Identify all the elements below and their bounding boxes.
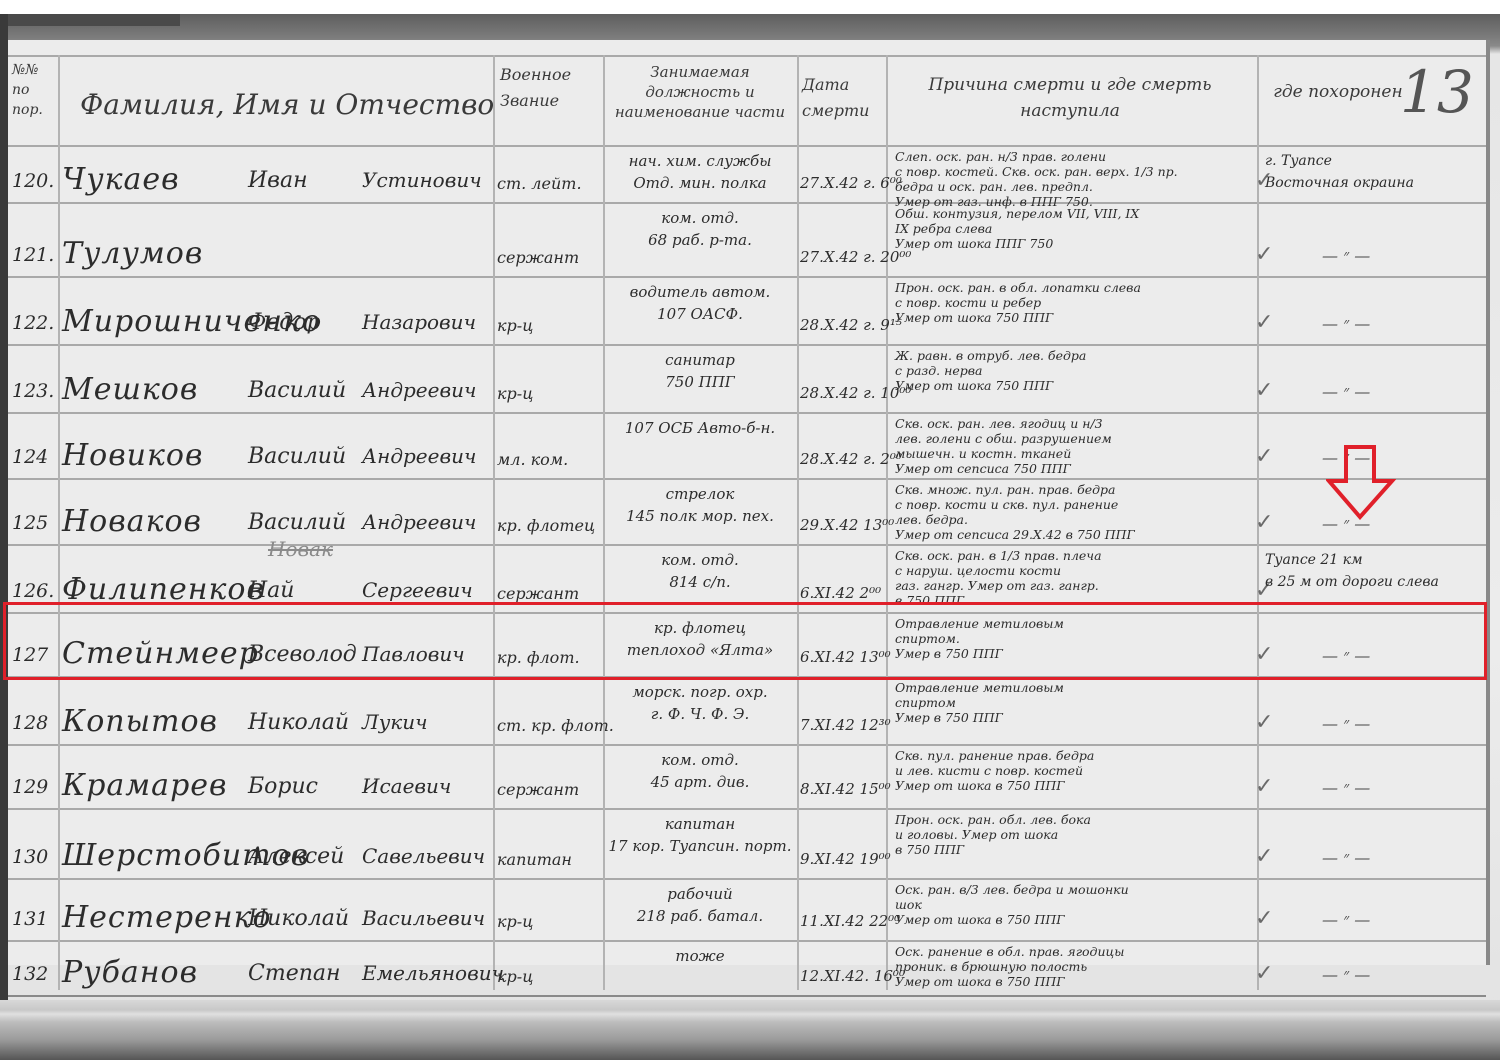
patronymic: Устинович (362, 168, 482, 192)
death-date: 6.XI.42 2⁰⁰ (800, 584, 881, 602)
military-rank: кр-ц (497, 967, 533, 986)
position-line-1: санитар (605, 349, 795, 371)
military-rank: сержант (497, 780, 579, 799)
cause-line: с повр. костей. Скв. оск. ран. верх. 1/3… (895, 164, 1250, 179)
death-date: 28.X.42 г. 2⁰⁰ (800, 450, 902, 468)
position-line-1: рабочий (605, 883, 795, 905)
first-name: Борис (248, 774, 318, 799)
row-number: 123. (12, 380, 54, 402)
cause-line: Умер в 750 ППГ (895, 710, 1250, 725)
military-rank: мл. ком. (497, 450, 568, 469)
row-number: 126. (12, 580, 54, 602)
cause-line: Скв. оск. ран. лев. ягодиц и н/3 (895, 416, 1250, 431)
military-rank: кр. флотец (497, 516, 595, 535)
cause-line: спиртом (895, 695, 1250, 710)
rule-bottom (8, 995, 1486, 997)
first-name: Василий (248, 378, 346, 403)
cause-line: газ. гангр. Умер от газ. гангр. (895, 578, 1250, 593)
cause-of-death: Отравление метиловымспиртомУмер в 750 ПП… (895, 680, 1250, 725)
death-date: 7.XI.42 12³⁰ (800, 716, 891, 734)
surname: Новаков (62, 504, 202, 539)
first-name: Федор (248, 310, 321, 335)
burial-ditto: — ״ — (1322, 848, 1370, 868)
position-line-2: 218 раб. батал. (605, 905, 795, 927)
down-arrow-icon (1326, 445, 1396, 520)
page-number: 13 (1400, 58, 1474, 126)
row-number: 122. (12, 312, 54, 334)
cause-line: с разд. нерва (895, 363, 1250, 378)
burial-line-2: в 25 м от дороги слева (1265, 571, 1439, 593)
cause-line: Умер от шока в 750 ППГ (895, 912, 1250, 927)
row-number: 132 (12, 963, 48, 985)
row-number: 128 (12, 712, 48, 734)
position: морск. погр. охр. г. Ф. Ч. Ф. Э. (605, 681, 795, 725)
rule (8, 544, 1486, 546)
cause-line: лев. бедра. (895, 512, 1250, 527)
highlighted-row-box (3, 602, 1487, 680)
patronymic: Исаевич (362, 774, 451, 798)
position: стрелок 145 полк мор. пех. (605, 483, 795, 527)
row-number: 130 (12, 846, 48, 868)
first-name: Василий (248, 510, 346, 535)
cause-of-death: Скв. оск. ран. лев. ягодиц и н/3лев. гол… (895, 416, 1250, 476)
patronymic: Сергеевич (362, 578, 473, 602)
row-number: 124 (12, 446, 48, 468)
patronymic: Емельянович (362, 961, 504, 985)
rule (8, 344, 1486, 346)
first-name: Василий (248, 444, 346, 469)
cause-line: Отравление метиловым (895, 680, 1250, 695)
position: ком. отд. 45 арт. див. (605, 749, 795, 793)
cause-line: Прон. оск. ран. обл. лев. бока (895, 812, 1250, 827)
cause-line: Прон. оск. ран. в обл. лопатки слева (895, 280, 1250, 295)
cause-of-death: Слеп. оск. ран. н/3 прав. голенис повр. … (895, 149, 1250, 209)
burial-ditto: — ״ — (1322, 314, 1370, 334)
cause-line: IX ребра слева (895, 221, 1250, 236)
rule (8, 412, 1486, 414)
cause-line: Обш. контузия, перелом VII, VIII, IX (895, 206, 1250, 221)
burial-line-1: Туапсе 21 км (1265, 549, 1439, 571)
row-number: 125 (12, 512, 48, 534)
cause-line: Умер от сепсиса 29.X.42 в 750 ППГ (895, 527, 1250, 542)
header-position: Занимаемая должность и наименование част… (606, 62, 794, 122)
cause-line: Слеп. оск. ран. н/3 прав. голени (895, 149, 1250, 164)
first-name: Иван (248, 168, 308, 193)
military-rank: капитан (497, 850, 572, 869)
cause-line: бедра и оск. ран. лев. предпл. (895, 179, 1250, 194)
patronymic: Андреевич (362, 510, 476, 534)
surname: Копытов (62, 704, 218, 739)
position-line-1: капитан (605, 813, 795, 835)
cause-line: Умер от шока 750 ППГ (895, 378, 1250, 393)
surname: Тулумов (62, 236, 203, 271)
check-mark: ✓ (1255, 378, 1273, 403)
death-date: 8.XI.42 15⁰⁰ (800, 780, 891, 798)
row-number: 121. (12, 244, 54, 266)
rule (8, 878, 1486, 880)
page-bottom-edge (0, 1000, 1500, 1060)
header-number: №№ по пор. (12, 60, 56, 120)
surname: Чукаев (62, 162, 180, 197)
military-rank: ст. кр. флот. (497, 716, 614, 735)
patronymic: Андреевич (362, 378, 476, 402)
position: капитан 17 кор. Туапсин. порт. (605, 813, 795, 857)
cause-line: Умер от шока в 750 ППГ (895, 974, 1250, 989)
position-line-1: морск. погр. охр. (605, 681, 795, 703)
first-name: Николай (248, 906, 349, 931)
cause-of-death: Прон. оск. ран. в обл. лопатки слевас по… (895, 280, 1250, 325)
position-line-2: тоже (605, 945, 795, 967)
position: санитар 750 ППГ (605, 349, 795, 393)
cause-line: Умер от шока 750 ППГ (895, 310, 1250, 325)
burial-ditto: — ״ — (1322, 778, 1370, 798)
cause-line: с наруш. целости кости (895, 563, 1250, 578)
position: ком. отд. 814 с/п. (605, 549, 795, 593)
cause-line: проник. в брюшную полость (895, 959, 1250, 974)
check-mark: ✓ (1255, 906, 1273, 931)
military-rank: кр-ц (497, 316, 533, 335)
cause-line: в 750 ППГ (895, 842, 1250, 857)
surname: Мешков (62, 372, 198, 407)
cause-line: Скв. оск. ран. в 1/3 прав. плеча (895, 548, 1250, 563)
rule (8, 940, 1486, 942)
patronymic: Васильевич (362, 906, 485, 930)
cause-of-death: Прон. оск. ран. обл. лев. бокаи головы. … (895, 812, 1250, 857)
burial-line-1: г. Туапсе (1265, 150, 1414, 172)
military-rank: кр-ц (497, 912, 533, 931)
header-burial: где похоронен (1268, 78, 1408, 106)
cause-line: шок (895, 897, 1250, 912)
first-name: Степан (248, 961, 341, 986)
cause-of-death: Скв. оск. ран. в 1/3 прав. плечас наруш.… (895, 548, 1250, 608)
cause-of-death: Скв. пул. ранение прав. бедраи лев. кист… (895, 748, 1250, 793)
burial-ditto: — ״ — (1322, 246, 1370, 266)
rule (8, 202, 1486, 204)
row-number: 131 (12, 908, 48, 930)
military-rank: сержант (497, 584, 579, 603)
death-date: 9.XI.42 19⁰⁰ (800, 850, 891, 868)
patronymic: Назарович (362, 310, 476, 334)
position-line-2: 17 кор. Туапсин. порт. (605, 835, 795, 857)
position: ком. отд. 68 раб. р-та. (605, 207, 795, 251)
rule (8, 276, 1486, 278)
position-line-1: ком. отд. (605, 549, 795, 571)
header-name: Фамилия, Имя и Отчество (80, 88, 494, 121)
first-name: Най (248, 578, 294, 603)
death-date: 29.X.42 13⁰⁰ (800, 516, 894, 534)
cause-line: мышечн. и костн. тканей (895, 446, 1250, 461)
burial-place: г. Туапсе Восточная окраина (1265, 150, 1414, 194)
row-number: 129 (12, 776, 48, 798)
cause-of-death: Оск. ран. в/3 лев. бедра и мошонкишокУме… (895, 882, 1250, 927)
check-mark: ✓ (1255, 844, 1273, 869)
position-line-2: Отд. мин. полка (605, 172, 795, 194)
position: рабочий 218 раб. батал. (605, 883, 795, 927)
cause-line: Оск. ран. в/3 лев. бедра и мошонки (895, 882, 1250, 897)
patronymic: Андреевич (362, 444, 476, 468)
surname: Нестеренко (62, 900, 272, 935)
cause-line: Умер от шока ППГ 750 (895, 236, 1250, 251)
rule-header-bottom (8, 145, 1486, 147)
patronymic: Лукич (362, 710, 428, 734)
military-rank: сержант (497, 248, 579, 267)
military-rank: кр-ц (497, 384, 533, 403)
check-mark: ✓ (1255, 961, 1273, 986)
death-date: 11.XI.42 22⁰⁰ (800, 912, 900, 930)
cause-of-death: Оск. ранение в обл. прав. ягодицыпроник.… (895, 944, 1250, 989)
first-name: Николай (248, 710, 349, 735)
cause-line: и лев. кисти с повр. костей (895, 763, 1250, 778)
cause-line: и головы. Умер от шока (895, 827, 1250, 842)
position-line-2: 145 полк мор. пех. (605, 505, 795, 527)
first-name: Алексей (248, 844, 344, 869)
position-line-2: 750 ППГ (605, 371, 795, 393)
cause-line: Скв. пул. ранение прав. бедра (895, 748, 1250, 763)
cause-line: Ж. равн. в отруб. лев. бедра (895, 348, 1250, 363)
position: водитель автом. 107 ОАСФ. (605, 281, 795, 325)
page-left-edge (0, 14, 8, 1060)
col-divider (58, 55, 60, 990)
death-date: 27.X.42 г. 6⁰⁰ (800, 174, 902, 192)
position-line-2: 68 раб. р-та. (605, 229, 795, 251)
burial-place: Туапсе 21 км в 25 м от дороги слева (1265, 549, 1439, 593)
cause-of-death: Обш. контузия, перелом VII, VIII, IXIX р… (895, 206, 1250, 251)
surname: Новиков (62, 438, 203, 473)
patronymic: Савельевич (362, 844, 485, 868)
position-line-1: водитель автом. (605, 281, 795, 303)
rule (8, 808, 1486, 810)
rule (8, 478, 1486, 480)
burial-ditto: — ״ — (1322, 714, 1370, 734)
position-line-2: 45 арт. див. (605, 771, 795, 793)
cause-line: Умер от шока в 750 ППГ (895, 778, 1250, 793)
cause-line: с повр. кости и ребер (895, 295, 1250, 310)
cause-of-death: Скв. множ. пул. ран. прав. бедрас повр. … (895, 482, 1250, 542)
cause-line: Скв. множ. пул. ран. прав. бедра (895, 482, 1250, 497)
header-cause: Причина смерти и где смерть наступила (910, 72, 1230, 124)
check-mark: ✓ (1255, 310, 1273, 335)
page-edge-strip (0, 14, 180, 26)
military-rank: ст. лейт. (497, 174, 582, 193)
col-divider (797, 55, 799, 990)
header-rank: Военное Звание (500, 62, 595, 114)
burial-ditto: — ״ — (1322, 910, 1370, 930)
cause-line: Умер от сепсиса 750 ППГ (895, 461, 1250, 476)
position-line-2: г. Ф. Ч. Ф. Э. (605, 703, 795, 725)
cause-of-death: Ж. равн. в отруб. лев. бедрас разд. нерв… (895, 348, 1250, 393)
position: нач. хим. службы Отд. мин. полка (605, 150, 795, 194)
surname: Рубанов (62, 955, 198, 990)
position-line-2: 107 ОАСФ. (605, 303, 795, 325)
check-mark: ✓ (1255, 510, 1273, 535)
surname: Крамарев (62, 768, 228, 803)
cause-line: лев. голени с обш. разрушением (895, 431, 1250, 446)
check-mark: ✓ (1255, 444, 1273, 469)
burial-ditto: — ״ — (1322, 965, 1370, 985)
cause-line: с повр. кости и скв. пул. ранение (895, 497, 1250, 512)
death-date: 12.XI.42. 16⁰⁰ (800, 967, 905, 985)
rule (8, 744, 1486, 746)
check-mark: ✓ (1255, 710, 1273, 735)
position-line-2: 814 с/п. (605, 571, 795, 593)
burial-line-2: Восточная окраина (1265, 172, 1414, 194)
position-line-1: нач. хим. службы (605, 150, 795, 172)
check-mark: ✓ (1255, 242, 1273, 267)
col-divider (493, 55, 495, 990)
header-death-date: Дата смерти (802, 72, 882, 124)
burial-ditto: — ״ — (1322, 382, 1370, 402)
check-mark: ✓ (1255, 774, 1273, 799)
death-date: 28.X.42 г. 9¹⁵ (800, 316, 902, 334)
handwritten-annotation: Новак (268, 537, 333, 561)
rule-top (8, 55, 1486, 57)
position-line-2: 107 ОСБ Авто-б-н. (605, 417, 795, 439)
position-line-1: ком. отд. (605, 207, 795, 229)
cause-line: Оск. ранение в обл. прав. ягодицы (895, 944, 1250, 959)
position-line-1: стрелок (605, 483, 795, 505)
position: 107 ОСБ Авто-б-н. (605, 417, 795, 439)
row-number: 120. (12, 170, 54, 192)
position-line-1: ком. отд. (605, 749, 795, 771)
position: тоже (605, 945, 795, 967)
